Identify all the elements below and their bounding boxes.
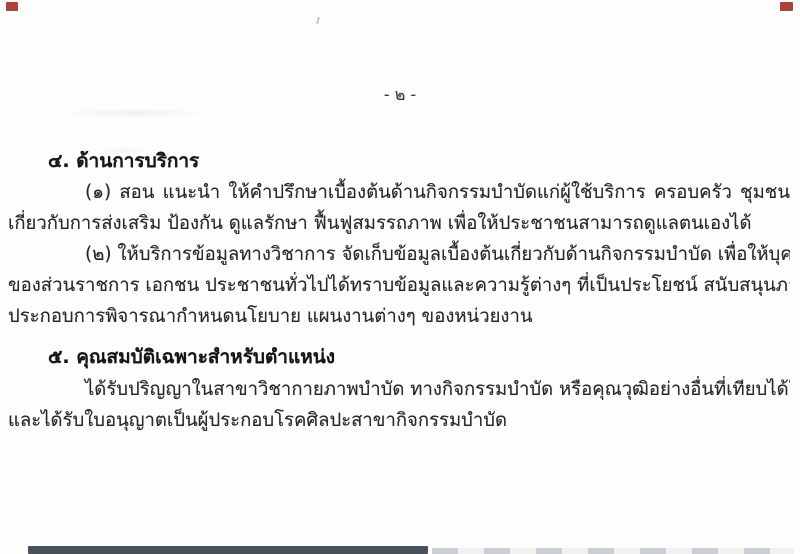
page-number: - ๒ - — [0, 84, 800, 106]
red-corner-mark-right — [780, 2, 793, 11]
red-corner-mark-left — [6, 2, 18, 11]
scanned-document-page: - ๒ - ๔. ด้านการบริการ (๑) สอน แนะนำ ให้… — [0, 0, 800, 554]
text-line: ของส่วนราชการ เอกชน ประชาชนทั่วไปได้ทราบ… — [8, 270, 790, 301]
scan-artifact-bar-light — [432, 548, 794, 554]
text-line: (๑) สอน แนะนำ ให้คำปรึกษาเบื้องต้นด้านกิ… — [8, 177, 790, 208]
section-5-heading: ๕. คุณสมบัติเฉพาะสำหรับตำแหน่ง — [48, 341, 790, 373]
text-line: ประกอบการพิจารณากำหนดนโยบาย แผนงานต่างๆ … — [8, 301, 790, 332]
scan-smudge — [60, 108, 210, 118]
scan-artifact-bar-dark — [28, 546, 428, 554]
text-line: และได้รับใบอนุญาตเป็นผู้ประกอบโรคศิลปะสา… — [8, 405, 790, 436]
scan-speck — [316, 17, 320, 24]
text-line: (๒) ให้บริการข้อมูลทางวิชาการ จัดเก็บข้อ… — [8, 239, 790, 270]
text-line: ได้รับปริญญาในสาขาวิชากายภาพบำบัด ทางกิจ… — [8, 374, 790, 405]
text-line: เกี่ยวกับการส่งเสริม ป้องกัน ดูแลรักษา ฟ… — [8, 208, 790, 239]
section-4-heading: ๔. ด้านการบริการ — [48, 145, 790, 177]
